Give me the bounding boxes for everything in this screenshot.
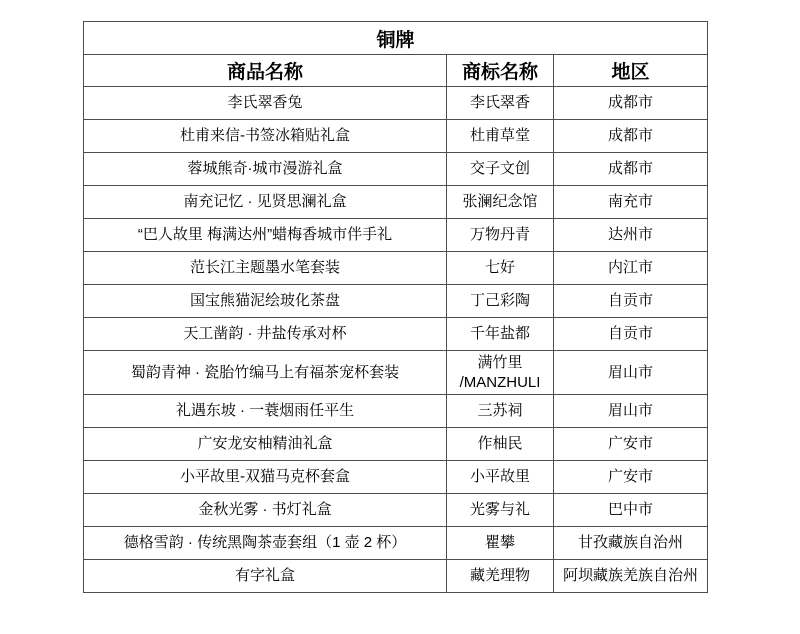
table-title: 铜牌 [84,22,708,55]
region-cell: 广安市 [554,461,708,494]
table-row: 小平故里-双猫马克杯套盒小平故里广安市 [84,461,708,494]
table-row: 金秋光雾 · 书灯礼盒光雾与礼巴中市 [84,494,708,527]
product-cell: 蜀韵青神 · 瓷胎竹编马上有福茶宠杯套装 [84,351,447,395]
product-cell: 杜甫来信-书签冰箱贴礼盒 [84,120,447,153]
table-body: 李氏翠香兔李氏翠香成都市杜甫来信-书签冰箱贴礼盒杜甫草堂成都市蓉城熊奇·城市漫游… [84,87,708,593]
product-cell: 德格雪韵 · 传统黑陶茶壶套组（1 壶 2 杯） [84,527,447,560]
region-cell: 广安市 [554,428,708,461]
brand-cell: 万物丹青 [447,219,554,252]
brand-cell: 杜甫草堂 [447,120,554,153]
table-row: 天工凿韵 · 井盐传承对杯千年盐都自贡市 [84,318,708,351]
product-cell: 国宝熊猫泥绘玻化茶盘 [84,285,447,318]
table-title-row: 铜牌 [84,22,708,55]
product-cell: 广安龙安柚精油礼盒 [84,428,447,461]
bronze-medal-table-container: 铜牌 商品名称 商标名称 地区 李氏翠香兔李氏翠香成都市杜甫来信-书签冰箱贴礼盒… [83,21,708,593]
product-cell: 范长江主题墨水笔套装 [84,252,447,285]
product-cell: 南充记忆 · 见贤思澜礼盒 [84,186,447,219]
brand-cell: 三苏祠 [447,395,554,428]
product-cell: 礼遇东坡 · 一蓑烟雨任平生 [84,395,447,428]
product-cell: 李氏翠香兔 [84,87,447,120]
bronze-medal-table: 铜牌 商品名称 商标名称 地区 李氏翠香兔李氏翠香成都市杜甫来信-书签冰箱贴礼盒… [83,21,708,593]
table-row: 南充记忆 · 见贤思澜礼盒张澜纪念馆南充市 [84,186,708,219]
table-row: 国宝熊猫泥绘玻化茶盘丁己彩陶自贡市 [84,285,708,318]
region-cell: 眉山市 [554,351,708,395]
table-row: 蓉城熊奇·城市漫游礼盒交子文创成都市 [84,153,708,186]
product-cell: 小平故里-双猫马克杯套盒 [84,461,447,494]
product-cell: 蓉城熊奇·城市漫游礼盒 [84,153,447,186]
brand-cell: 七好 [447,252,554,285]
region-cell: 巴中市 [554,494,708,527]
region-cell: 自贡市 [554,318,708,351]
column-header-region: 地区 [554,55,708,87]
table-row: “巴人故里 梅满达州”蜡梅香城市伴手礼万物丹青达州市 [84,219,708,252]
table-row: 有字礼盒藏羌理物阿坝藏族羌族自治州 [84,560,708,593]
table-row: 范长江主题墨水笔套装七好内江市 [84,252,708,285]
brand-cell: 小平故里 [447,461,554,494]
region-cell: 成都市 [554,87,708,120]
brand-cell: 瞿攀 [447,527,554,560]
brand-cell: 李氏翠香 [447,87,554,120]
brand-cell: 满竹里 /MANZHULI [447,351,554,395]
brand-cell: 交子文创 [447,153,554,186]
region-cell: 成都市 [554,120,708,153]
region-cell: 内江市 [554,252,708,285]
region-cell: 甘孜藏族自治州 [554,527,708,560]
table-row: 李氏翠香兔李氏翠香成都市 [84,87,708,120]
table-row: 广安龙安柚精油礼盒作柚民广安市 [84,428,708,461]
region-cell: 达州市 [554,219,708,252]
table-row: 德格雪韵 · 传统黑陶茶壶套组（1 壶 2 杯）瞿攀甘孜藏族自治州 [84,527,708,560]
region-cell: 南充市 [554,186,708,219]
product-cell: “巴人故里 梅满达州”蜡梅香城市伴手礼 [84,219,447,252]
brand-cell: 藏羌理物 [447,560,554,593]
region-cell: 眉山市 [554,395,708,428]
brand-cell: 光雾与礼 [447,494,554,527]
table-header-row: 商品名称 商标名称 地区 [84,55,708,87]
region-cell: 成都市 [554,153,708,186]
product-cell: 天工凿韵 · 井盐传承对杯 [84,318,447,351]
brand-cell: 千年盐都 [447,318,554,351]
table-row: 礼遇东坡 · 一蓑烟雨任平生三苏祠眉山市 [84,395,708,428]
column-header-product: 商品名称 [84,55,447,87]
product-cell: 金秋光雾 · 书灯礼盒 [84,494,447,527]
brand-cell: 作柚民 [447,428,554,461]
column-header-brand: 商标名称 [447,55,554,87]
region-cell: 自贡市 [554,285,708,318]
product-cell: 有字礼盒 [84,560,447,593]
table-row: 杜甫来信-书签冰箱贴礼盒杜甫草堂成都市 [84,120,708,153]
table-row: 蜀韵青神 · 瓷胎竹编马上有福茶宠杯套装满竹里 /MANZHULI眉山市 [84,351,708,395]
region-cell: 阿坝藏族羌族自治州 [554,560,708,593]
brand-cell: 张澜纪念馆 [447,186,554,219]
brand-cell: 丁己彩陶 [447,285,554,318]
